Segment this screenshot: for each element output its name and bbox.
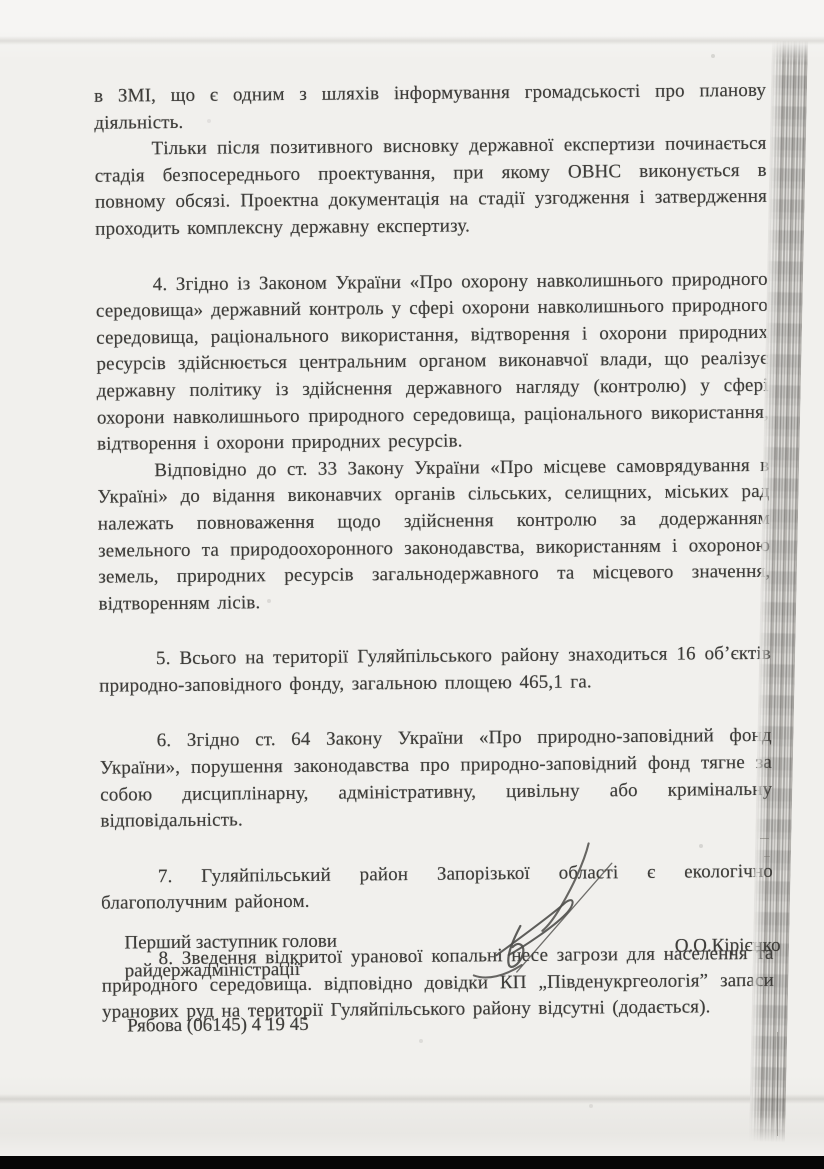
paragraph: в ЗМІ, що є одним з шляхів інформування … xyxy=(94,78,766,137)
signer-position-line2: райдержадміністрації xyxy=(125,958,300,981)
contact-line: Рябова (06145) 4 19 45 xyxy=(127,1014,309,1038)
scan-line-artifact-bottom xyxy=(0,1094,824,1104)
paragraph: 7. Гуляйпільський район Запорізької обла… xyxy=(101,859,773,918)
paragraph: 6. Згідно ст. 64 Закону України «Про при… xyxy=(100,723,773,835)
document-page: в ЗМІ, що є одним з шляхів інформування … xyxy=(0,0,824,1169)
paragraph: Відповідно до ст. 33 Закону України «Про… xyxy=(97,453,770,618)
scan-dust-artifact xyxy=(0,0,2,2)
body-text: в ЗМІ, що є одним з шляхів інформування … xyxy=(94,78,774,1027)
scanner-bed-bar xyxy=(0,1156,824,1169)
paragraph: 5. Всього на території Гуляйпільського р… xyxy=(99,641,771,700)
signature-block: Перший заступник голови райдержадміністр… xyxy=(124,924,780,985)
scan-dash-artifact xyxy=(764,856,770,857)
paragraph: Тільки після позитивного висновку держав… xyxy=(94,131,767,243)
scan-line-artifact-top xyxy=(0,36,824,45)
page-content: в ЗМІ, що є одним з шляхів інформування … xyxy=(0,0,824,1169)
scan-vertical-line-artifact xyxy=(777,1032,778,1136)
paragraph: 4. Згідно із Законом України «Про охорон… xyxy=(96,266,770,458)
signer-position-line1: Перший заступник голови xyxy=(124,931,337,954)
signer-position: Перший заступник голови райдержадміністр… xyxy=(124,927,454,985)
scan-dash-artifact xyxy=(760,838,769,839)
